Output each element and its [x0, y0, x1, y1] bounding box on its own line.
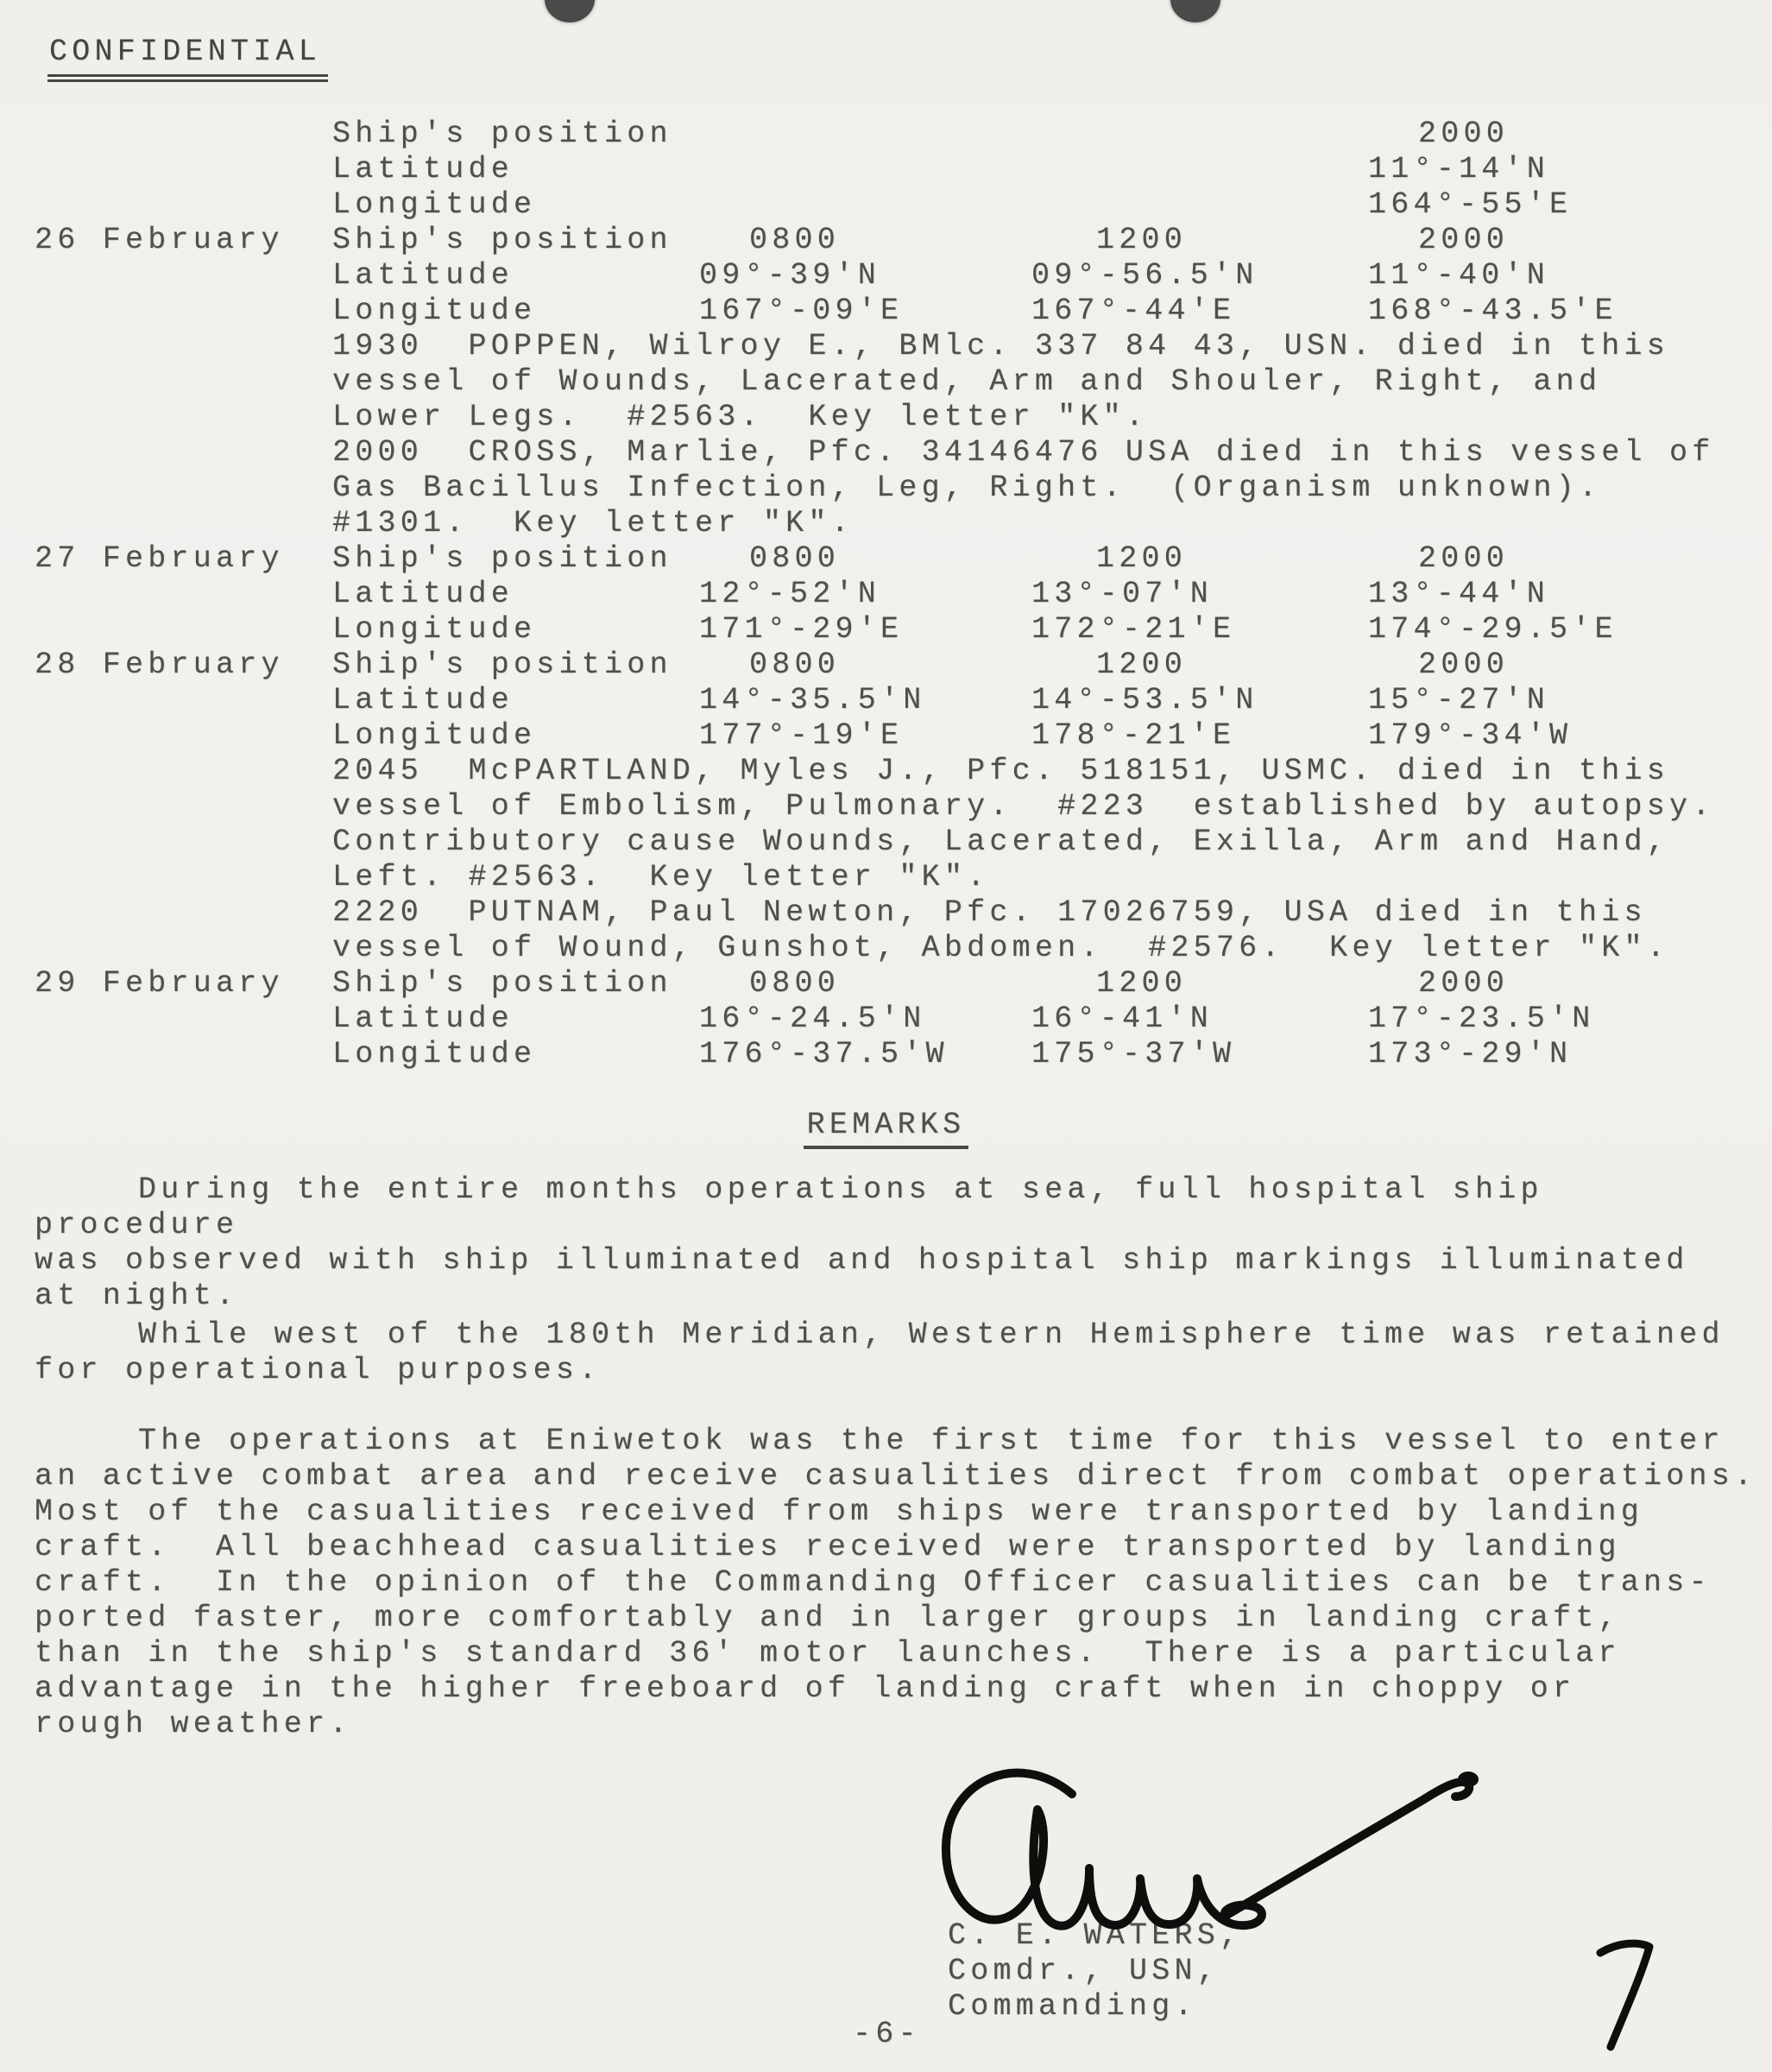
position-value: 178°-21'E — [1031, 718, 1235, 754]
death-entry: 1930 POPPEN, Wilroy E., BMlc. 337 84 43,… — [332, 329, 1772, 541]
row-label: Longitude — [332, 294, 536, 329]
position-value: 176°-37.5'W — [699, 1037, 949, 1072]
time-header: 2000 — [1418, 966, 1509, 1001]
log-row-longitude: Longitude 176°-37.5'W 175°-37'W 173°-29'… — [0, 1037, 1772, 1072]
signature — [946, 1773, 1469, 1926]
time-header: 2000 — [1418, 647, 1509, 683]
time-header: 1200 — [1096, 541, 1187, 577]
signer-rank: Comdr., USN, — [948, 1954, 1220, 1989]
handwritten-page-numeral-7 — [1600, 1943, 1649, 2047]
row-label: Ship's position — [332, 647, 672, 683]
remarks-paragraph: While west of the 180th Meridian, Wester… — [35, 1317, 1768, 1388]
row-label: Ship's position — [332, 117, 672, 152]
position-value: 11°-14'N — [1368, 152, 1549, 187]
date-label: 29 February — [35, 966, 284, 1001]
row-label: Latitude — [332, 258, 514, 294]
log-row-longitude: Longitude 167°-09'E 167°-44'E 168°-43.5'… — [0, 294, 1772, 329]
position-value: 09°-39'N — [699, 258, 880, 294]
log-row-header: 26 February Ship's position 0800 1200 20… — [0, 223, 1772, 258]
position-value: 15°-27'N — [1368, 683, 1549, 718]
time-header: 0800 — [749, 647, 840, 683]
signature-ink-blob — [1458, 1772, 1479, 1787]
time-header: 0800 — [749, 966, 840, 1001]
death-entry: 2045 McPARTLAND, Myles J., Pfc. 518151, … — [332, 754, 1772, 966]
position-value: 16°-41'N — [1031, 1001, 1213, 1037]
position-value: 16°-24.5'N — [699, 1001, 926, 1037]
position-value: 172°-21'E — [1031, 612, 1235, 647]
row-label: Ship's position — [332, 966, 672, 1001]
row-label: Longitude — [332, 718, 536, 754]
time-header: 1200 — [1096, 223, 1187, 258]
time-header: 2000 — [1418, 117, 1509, 152]
log-row-latitude: Latitude 09°-39'N 09°-56.5'N 11°-40'N — [0, 258, 1772, 294]
remarks-paragraph: The operations at Eniwetok was the first… — [35, 1424, 1768, 1742]
position-value: 174°-29.5'E — [1368, 612, 1618, 647]
time-header: 0800 — [749, 541, 840, 577]
remarks-section-heading: REMARKS — [0, 1108, 1772, 1149]
position-value: 167°-44'E — [1031, 294, 1235, 329]
position-value: 12°-52'N — [699, 577, 880, 612]
remarks-title: REMARKS — [804, 1108, 969, 1149]
log-row-longitude: Longitude 164°-55'E — [0, 187, 1772, 223]
position-value: 175°-37'W — [1031, 1037, 1235, 1072]
scanned-document-page: CONFIDENTIAL Ship's position 2000 Latitu… — [0, 0, 1772, 2072]
log-row-latitude: Latitude 16°-24.5'N 16°-41'N 17°-23.5'N — [0, 1001, 1772, 1037]
row-label: Ship's position — [332, 541, 672, 577]
row-label: Longitude — [332, 1037, 536, 1072]
position-value: 164°-55'E — [1368, 187, 1572, 223]
time-header: 2000 — [1418, 541, 1509, 577]
position-value: 167°-09'E — [699, 294, 903, 329]
signer-name: C. E. WATERS, — [948, 1918, 1242, 1954]
remarks-paragraph: During the entire months operations at s… — [35, 1172, 1768, 1314]
position-value: 171°-29'E — [699, 612, 903, 647]
log-row-header: 29 February Ship's position 0800 1200 20… — [0, 966, 1772, 1001]
time-header: 0800 — [749, 223, 840, 258]
position-value: 14°-35.5'N — [699, 683, 926, 718]
position-value: 179°-34'W — [1368, 718, 1572, 754]
classification-stamp: CONFIDENTIAL — [47, 35, 328, 82]
log-row-header: 27 February Ship's position 0800 1200 20… — [0, 541, 1772, 577]
log-row-latitude: Latitude 11°-14'N — [0, 152, 1772, 187]
position-value: 17°-23.5'N — [1368, 1001, 1595, 1037]
punch-hole-left-mark — [545, 0, 595, 22]
punch-hole-right-mark — [1170, 0, 1220, 22]
time-header: 1200 — [1096, 966, 1187, 1001]
log-row-longitude: Longitude 177°-19'E 178°-21'E 179°-34'W — [0, 718, 1772, 754]
date-label: 26 February — [35, 223, 284, 258]
row-label: Ship's position — [332, 223, 672, 258]
position-value: 173°-29'N — [1368, 1037, 1572, 1072]
row-label: Latitude — [332, 1001, 514, 1037]
log-row-latitude: Latitude 14°-35.5'N 14°-53.5'N 15°-27'N — [0, 683, 1772, 718]
log-row-longitude: Longitude 171°-29'E 172°-21'E 174°-29.5'… — [0, 612, 1772, 647]
date-label: 28 February — [35, 647, 284, 683]
position-value: 09°-56.5'N — [1031, 258, 1258, 294]
row-label: Longitude — [332, 612, 536, 647]
position-value: 11°-40'N — [1368, 258, 1549, 294]
row-label: Latitude — [332, 577, 514, 612]
row-label: Latitude — [332, 683, 514, 718]
row-label: Latitude — [332, 152, 514, 187]
date-label: 27 February — [35, 541, 284, 577]
signer-title: Commanding. — [948, 1989, 1197, 2025]
position-value: 177°-19'E — [699, 718, 903, 754]
log-row-header: 28 February Ship's position 0800 1200 20… — [0, 647, 1772, 683]
row-label: Longitude — [332, 187, 536, 223]
log-row-header: Ship's position 2000 — [0, 117, 1772, 152]
position-value: 13°-07'N — [1031, 577, 1213, 612]
time-header: 1200 — [1096, 647, 1187, 683]
position-value: 13°-44'N — [1368, 577, 1549, 612]
position-value: 14°-53.5'N — [1031, 683, 1258, 718]
log-row-latitude: Latitude 12°-52'N 13°-07'N 13°-44'N — [0, 577, 1772, 612]
time-header: 2000 — [1418, 223, 1509, 258]
position-value: 168°-43.5'E — [1368, 294, 1618, 329]
page-number: -6- — [853, 2017, 921, 2052]
